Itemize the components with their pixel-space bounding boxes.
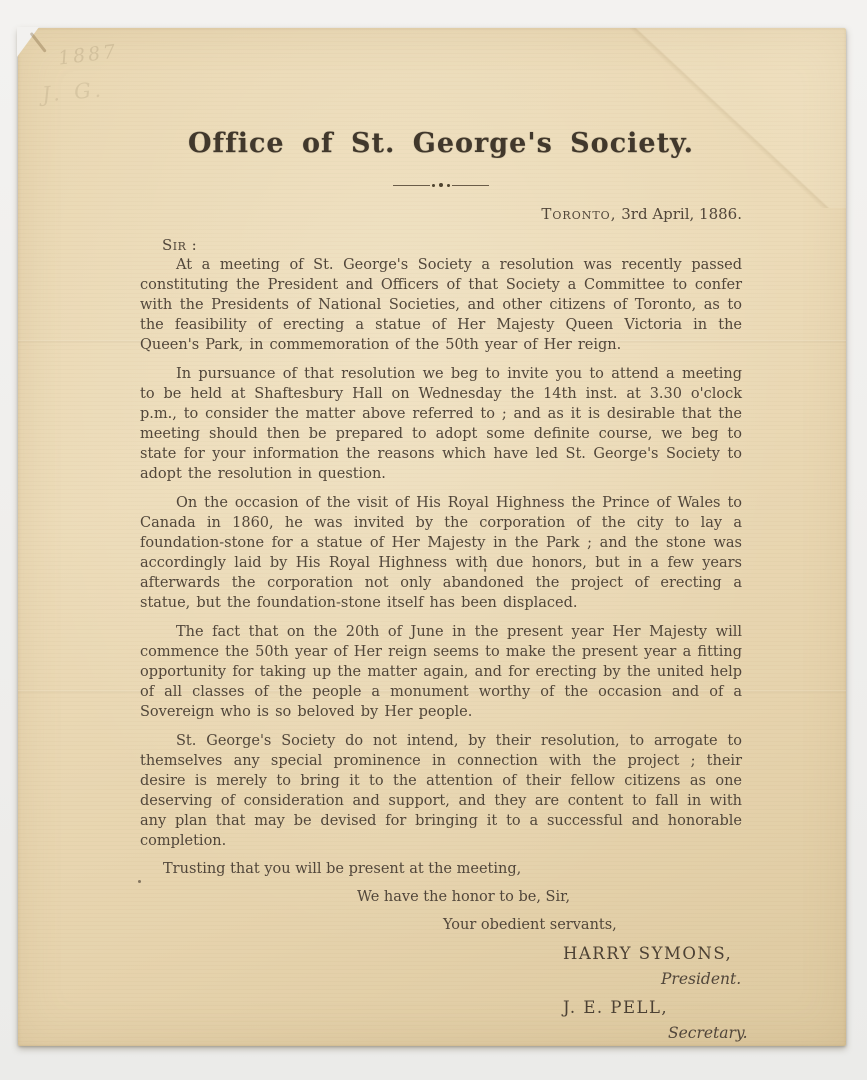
signature-title: Secretary. [668,1023,742,1043]
divider-dot [432,184,435,187]
divider-dot [447,184,450,187]
closing-line: We have the honor to be, Sir, [357,887,742,907]
dateline-date: 3rd April, 1886. [616,205,742,223]
body-paragraph: The fact that on the 20th of June in the… [140,622,742,722]
body-paragraph: In pursuance of that resolution we beg t… [140,364,742,484]
letterhead-title: Office of St. George's Society. [140,128,742,159]
closing-line: Trusting that you will be present at the… [140,859,742,879]
divider-rule-right [452,185,489,186]
dateline: Toronto, 3rd April, 1886. [140,205,742,223]
signature-name: HARRY SYMONS, [563,944,742,964]
body-paragraph: St. George's Society do not intend, by t… [140,731,742,851]
signature-title: President. [661,969,742,989]
body-paragraph: At a meeting of St. George's Society a r… [140,255,742,355]
dateline-place: Toronto, [541,205,616,223]
letter-paper: 1887 J. G. Office of St. George's Societ… [18,28,846,1046]
body-paragraph: On the occasion of the visit of His Roya… [140,493,742,613]
closing-line: Your obedient servants, [443,915,742,935]
letter-body: At a meeting of St. George's Society a r… [140,255,742,851]
signature-block: HARRY SYMONS, President. J. E. PELL, Sec… [140,944,742,1043]
divider-dot [439,183,443,187]
divider-rule-left [393,185,430,186]
pencil-annotation: 1887 [57,40,120,69]
letter-content: Office of St. George's Society. Toronto,… [140,28,742,1046]
salutation: Sir : [162,236,742,254]
divider-ornament-icon [393,183,489,187]
pencil-annotation: J. G. [41,77,106,106]
signature-name: J. E. PELL, [563,998,742,1018]
scan-background: 1887 J. G. Office of St. George's Societ… [0,0,867,1080]
